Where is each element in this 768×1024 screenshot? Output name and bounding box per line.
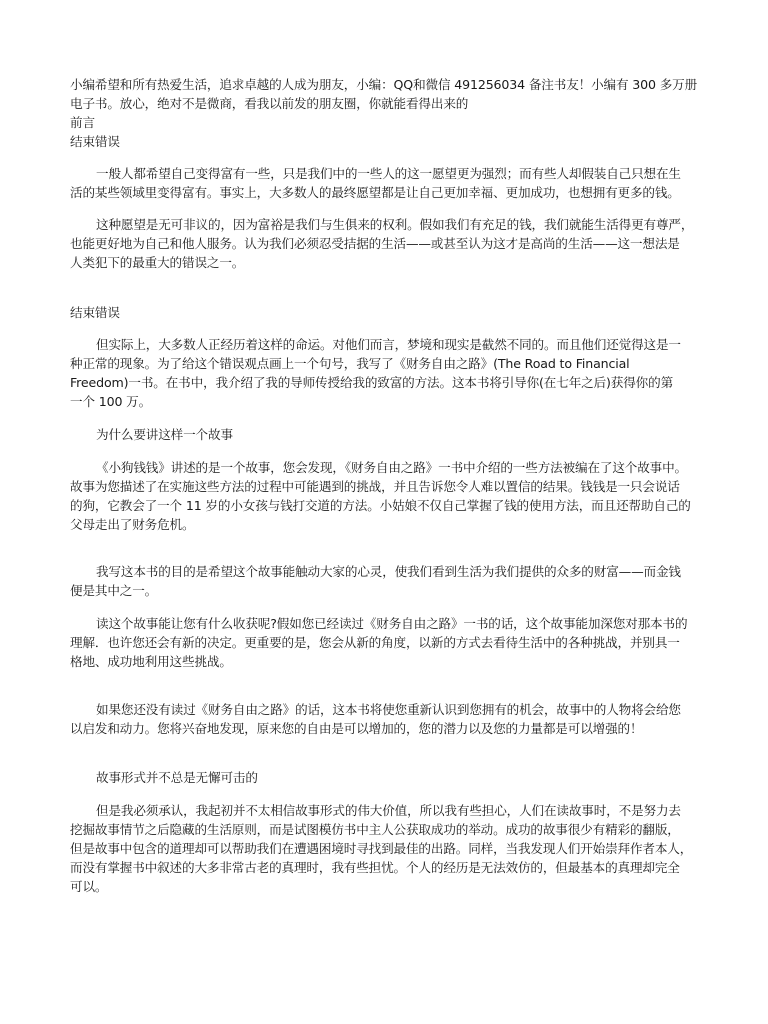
paragraph-line: 读这个故事能让您有什么收获呢?假如您已经读过《财务自由之路》一书的话，这个故事能… (70, 614, 710, 633)
paragraph: 但实际上，大多数人正经历着这样的命运。对他们而言，梦境和现实是截然不同的。而且他… (70, 335, 710, 411)
section-title: 结束错误 (70, 303, 710, 322)
section-heading: 为什么要讲这样一个故事 (70, 425, 710, 444)
paragraph: 《小狗钱钱》讲述的是一个故事，您会发现，《财务自由之路》一书中介绍的一些方法被编… (70, 458, 710, 534)
paragraph-line: 以启发和动力。您将兴奋地发现，原来您的自由是可以增加的，您的潜力以及您的力量都是… (70, 719, 710, 738)
paragraph-line: 人类犯下的最重大的错误之一。 (70, 253, 710, 272)
paragraph: 我写这本书的目的是希望这个故事能触动大家的心灵，使我们看到生活为我们提供的众多的… (70, 562, 710, 600)
section-heading: 结束错误 (70, 303, 710, 322)
document-page: 小编希望和所有热爱生活，追求卓越的人成为朋友，小编：QQ和微信 49125603… (0, 0, 768, 1024)
paragraph-line: 可以。 (70, 877, 710, 896)
paragraph-line: Freedom)一书。在书中，我介绍了我的导师传授给我的致富的方法。这本书将引导… (70, 373, 710, 392)
intro-line: 小编希望和所有热爱生活，追求卓越的人成为朋友，小编：QQ和微信 49125603… (70, 75, 710, 94)
section-title: 故事形式并不总是无懈可击的 (70, 768, 710, 787)
paragraph: 一般人都希望自己变得富有一些，只是我们中的一些人的这一愿望更为强烈；而有些人却假… (70, 164, 710, 202)
paragraph: 这种愿望是无可非议的，因为富裕是我们与生俱来的权利。假如我们有充足的钱，我们就能… (70, 215, 710, 272)
paragraph-line: 故事为您描述了在实施这些方法的过程中可能遇到的挑战，并且告诉您令人难以置信的结果… (70, 477, 710, 496)
paragraph: 但是我必须承认，我起初并不太相信故事形式的伟大价值，所以我有些担心，人们在读故事… (70, 801, 710, 896)
paragraph-line: 理解．也许您还会有新的决定。更重要的是，您会从新的角度，以新的方式去看待生活中的… (70, 633, 710, 652)
paragraph-line: 我写这本书的目的是希望这个故事能触动大家的心灵，使我们看到生活为我们提供的众多的… (70, 562, 710, 581)
section-heading: 故事形式并不总是无懈可击的 (70, 768, 710, 787)
paragraph-line: 的狗，它教会了一个 11 岁的小女孩与钱打交道的方法。小姑娘不仅自己掌握了钱的使… (70, 496, 710, 515)
paragraph-line: 也能更好地为自己和他人服务。认为我们必须忍受拮据的生活——或甚至认为这才是高尚的… (70, 234, 710, 253)
section-title: 结束错误 (70, 132, 710, 151)
paragraph-line: 一般人都希望自己变得富有一些，只是我们中的一些人的这一愿望更为强烈；而有些人却假… (70, 164, 710, 183)
paragraph-line: 但是我必须承认，我起初并不太相信故事形式的伟大价值，所以我有些担心，人们在读故事… (70, 801, 710, 820)
paragraph-line: 挖掘故事情节之后隐藏的生活原则，而是试图模仿书中主人公获取成功的举动。成功的故事… (70, 820, 710, 839)
paragraph-line: 格地、成功地利用这些挑战。 (70, 652, 710, 671)
paragraph-line: 但实际上，大多数人正经历着这样的命运。对他们而言，梦境和现实是截然不同的。而且他… (70, 335, 710, 354)
paragraph: 如果您还没有读过《财务自由之路》的话，这本书将使您重新认识到您拥有的机会，故事中… (70, 700, 710, 738)
paragraph-line: 父母走出了财务危机。 (70, 515, 710, 534)
paragraph: 读这个故事能让您有什么收获呢?假如您已经读过《财务自由之路》一书的话，这个故事能… (70, 614, 710, 671)
paragraph-line: 而没有掌握书中叙述的大多非常古老的真理时，我有些担忧。个人的经历是无法效仿的，但… (70, 858, 710, 877)
paragraph-line: 但是故事中包含的道理却可以帮助我们在遭遇困境时寻找到最佳的出路。同样，当我发现人… (70, 839, 710, 858)
paragraph-line: 《小狗钱钱》讲述的是一个故事，您会发现，《财务自由之路》一书中介绍的一些方法被编… (70, 458, 710, 477)
paragraph-line: 一个 100 万。 (70, 392, 710, 411)
intro-line: 电子书。放心，绝对不是微商，看我以前发的朋友圈，你就能看得出来的 (70, 94, 710, 113)
section-title: 为什么要讲这样一个故事 (70, 425, 710, 444)
paragraph-line: 这种愿望是无可非议的，因为富裕是我们与生俱来的权利。假如我们有充足的钱，我们就能… (70, 215, 710, 234)
preface-title: 前言 (70, 113, 710, 132)
paragraph-line: 活的某些领域里变得富有。事实上，大多数人的最终愿望都是让自己更加幸福、更加成功，… (70, 183, 710, 202)
paragraph-line: 种正常的现象。为了给这个错误观点画上一个句号，我写了《财务自由之路》(The R… (70, 354, 710, 373)
paragraph-line: 如果您还没有读过《财务自由之路》的话，这本书将使您重新认识到您拥有的机会，故事中… (70, 700, 710, 719)
intro-text: 小编希望和所有热爱生活，追求卓越的人成为朋友，小编：QQ和微信 49125603… (70, 75, 710, 151)
paragraph-line: 便是其中之一。 (70, 581, 710, 600)
